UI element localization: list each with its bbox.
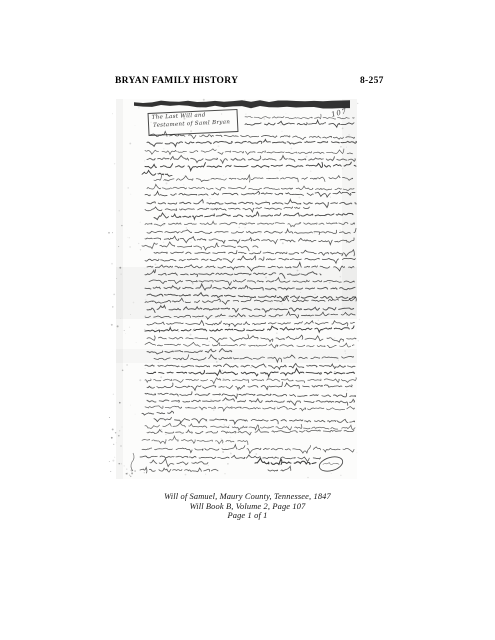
caption-line-2: Will Book B, Volume 2, Page 107 [0,502,495,512]
will-scan-image: The Last Will and Testament of Saml Brya… [116,99,357,479]
book-title: BRYAN FAMILY HISTORY [115,76,238,86]
caption: Will of Samuel, Maury County, Tennessee,… [0,492,495,521]
scan-handwriting-art [116,99,357,479]
document-page: BRYAN FAMILY HISTORY 8-257 The Last Will… [0,0,495,640]
scan-box-label: The Last Will and Testament of Saml Brya… [148,109,239,136]
caption-line-3: Page 1 of 1 [0,511,495,521]
page-ref: 8-257 [360,76,384,86]
caption-line-1: Will of Samuel, Maury County, Tennessee,… [0,492,495,502]
